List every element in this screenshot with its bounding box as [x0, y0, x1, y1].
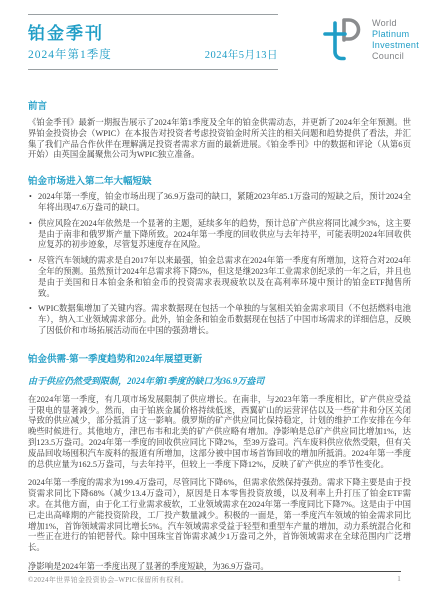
wordmark-line: Investment [372, 40, 419, 51]
issue-row: 2024年第1季度 2024年5月13日 [28, 46, 278, 62]
foreword-paragraph: 《铂金季刊》最新一期报告展示了2024年第1季度及全年的铂金供需动态，并更新了2… [28, 118, 411, 161]
copyright-text: ©2024年世界铂金投资协会–WPIC保留所有权利。 [28, 575, 188, 585]
header-rule-bottom [28, 69, 278, 70]
wordmark-line: Platinum [372, 29, 419, 40]
wpic-logo: World Platinum Investment Council [321, 15, 419, 65]
supply-paragraph: 在2024年第一季度，有几项市场发展限制了供应增长。在南非，与2023年第一季度… [28, 395, 411, 471]
page-number: 1 [397, 575, 401, 585]
bullet-item: WPIC数据集增加了关键内容。需求数据现在包括一个单独的与氢相关铂金需求项目（不… [28, 304, 411, 336]
issue-date: 2024年5月13日 [205, 47, 278, 62]
bullet-item: 供应风险在2024年依然是一个显著的主题，延续多年的趋势，预计总矿产供应将同比减… [28, 219, 411, 251]
wordmark-line: Council [372, 51, 419, 62]
wpic-wordmark: World Platinum Investment Council [372, 18, 419, 62]
demand-paragraph: 2024年第一季度的需求为199.4万盎司，尽管同比下降6%，但需求依然保持强劲… [28, 478, 411, 554]
market-deficit-bullet-list: 2024年第一季度，铂金市场出现了36.9万盎司的缺口，紧随2023年85.1万… [28, 192, 411, 337]
wordmark-line: World [372, 18, 419, 29]
supply-demand-heading: 铂金供需-第一季度趋势和2024年展望更新 [28, 351, 411, 365]
supply-demand-subheading: 由于供应仍然受到限制，2024年第1季度的缺口为36.9万盎司 [28, 374, 411, 387]
page-content: 铂金季刊 2024年第1季度 2024年5月13日 World Platinum… [0, 0, 425, 573]
document-header: 铂金季刊 2024年第1季度 2024年5月13日 World Platinum… [28, 14, 411, 78]
page-title: 铂金季刊 [28, 24, 278, 43]
issue-label: 2024年第1季度 [28, 46, 112, 62]
bullet-item: 2024年第一季度，铂金市场出现了36.9万盎司的缺口，紧随2023年85.1万… [28, 192, 411, 214]
document-footer: ©2024年世界铂金投资协会–WPIC保留所有权利。 1 [28, 571, 401, 585]
foreword-heading: 前言 [28, 98, 411, 112]
bullet-item: 尽管汽车领域的需求是自2017年以来最强，铂金总需求在2024年第一季度有所增加… [28, 256, 411, 299]
masthead: 铂金季刊 2024年第1季度 2024年5月13日 [28, 14, 278, 70]
wpic-pt-monogram-icon [321, 15, 367, 65]
document-page: 铂金季刊 2024年第1季度 2024年5月13日 World Platinum… [0, 0, 425, 600]
market-deficit-heading: 铂金市场进入第二年大幅短缺 [28, 173, 411, 187]
header-rule-top [28, 14, 278, 15]
